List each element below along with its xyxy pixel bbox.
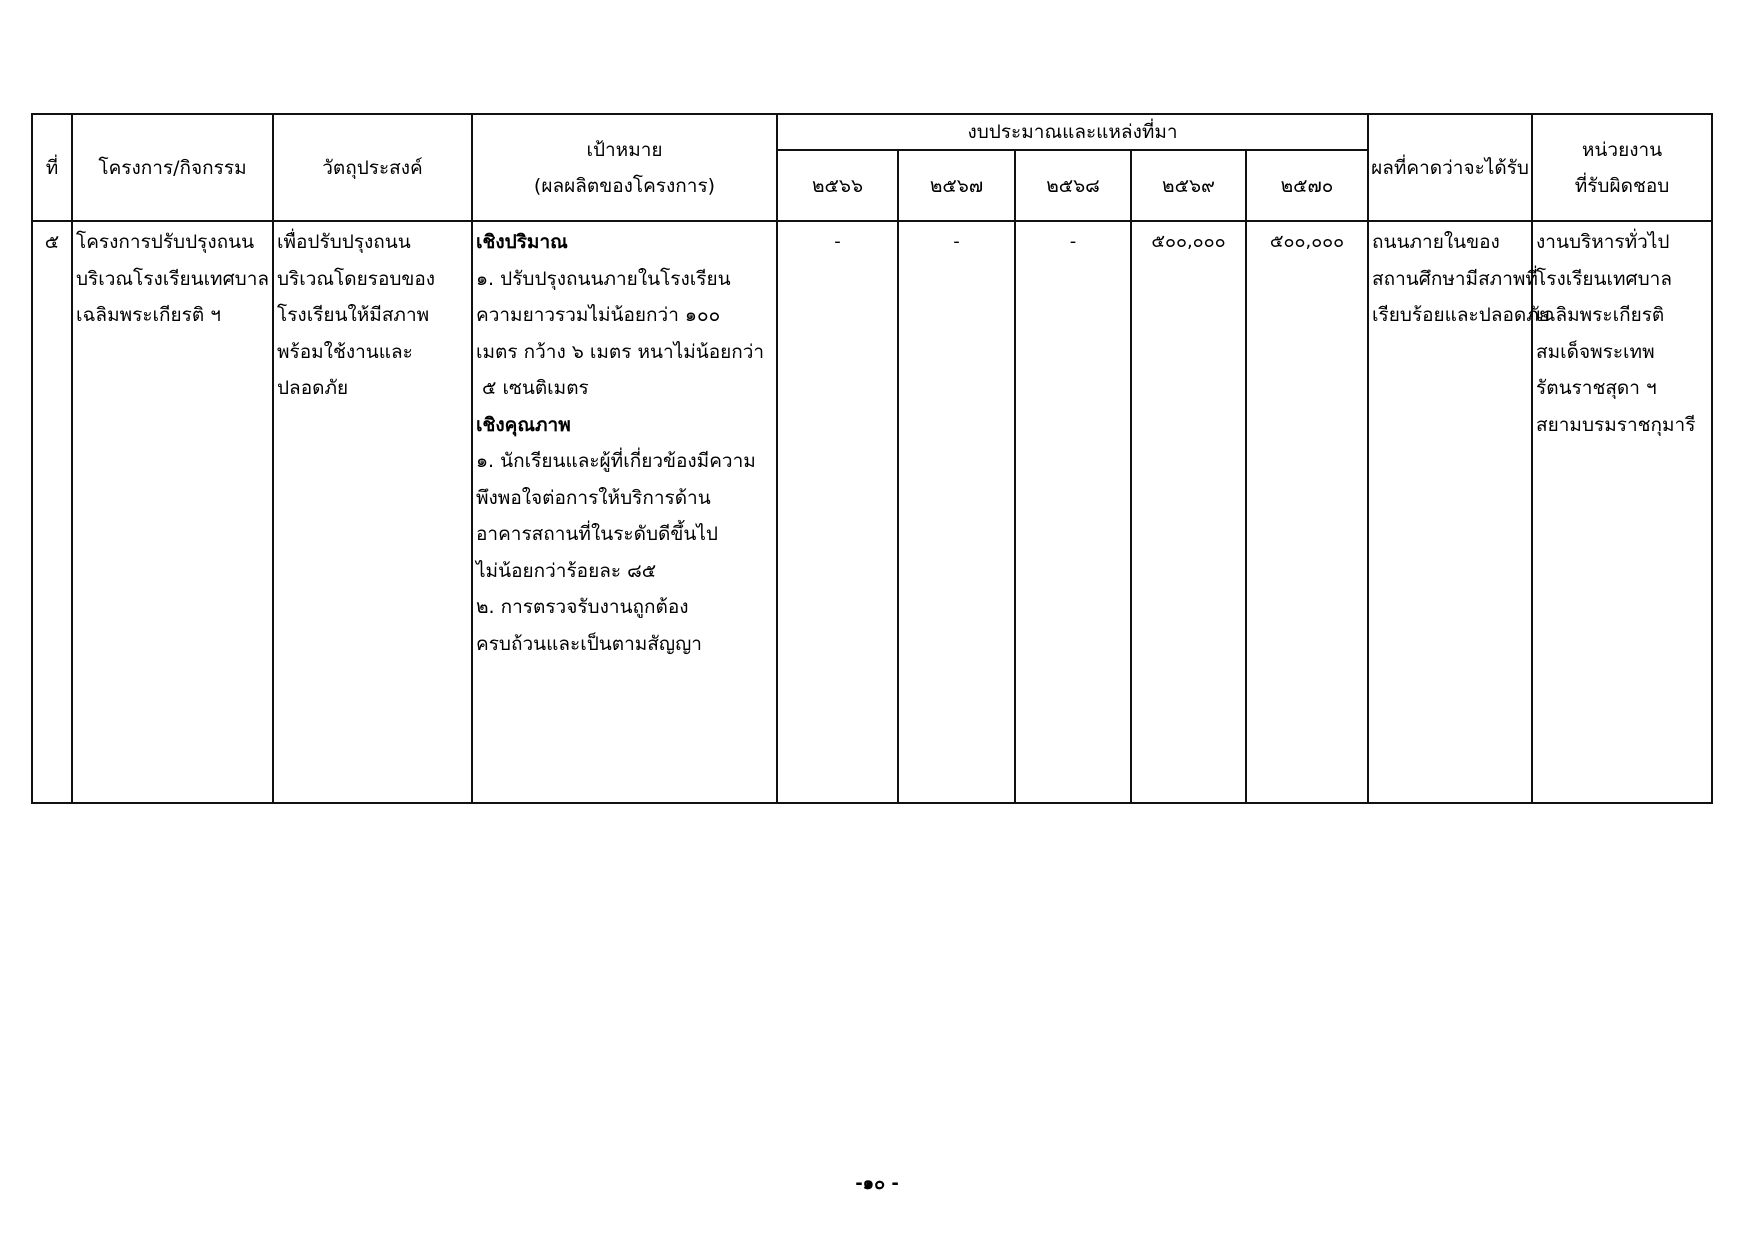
header-year-2570: ๒๕๗๐ — [1246, 150, 1368, 221]
responsible-line: งานบริหารทั่วไป — [1536, 224, 1708, 261]
header-year-2568: ๒๕๖๘ — [1015, 150, 1131, 221]
budget-2568: - — [1016, 222, 1130, 263]
budget-2568-cell: - — [1015, 221, 1131, 803]
responsible-line: สมเด็จพระเทพ — [1536, 334, 1708, 371]
header-year-2567: ๒๕๖๗ — [898, 150, 1015, 221]
budget-2569: ๕๐๐,๐๐๐ — [1132, 222, 1245, 263]
target-line: อาคารสถานที่ในระดับดีขึ้นไป — [476, 516, 773, 553]
project-line: เฉลิมพระเกียรติ ฯ — [76, 297, 269, 334]
row-no-cell: ๕ — [32, 221, 72, 803]
expected-line: ถนนภายในของ — [1372, 224, 1528, 261]
budget-2569-cell: ๕๐๐,๐๐๐ — [1131, 221, 1246, 803]
header-expected: ผลที่คาดว่าจะได้รับ — [1368, 114, 1532, 221]
project-line: โครงการปรับปรุงถนน — [76, 224, 269, 261]
objective-line: เพื่อปรับปรุงถนน — [277, 224, 468, 261]
header-responsible-line1: หน่วยงาน — [1533, 132, 1711, 168]
target-line: ๒. การตรวจรับงานถูกต้อง — [476, 589, 773, 626]
header-target-line1: เป้าหมาย — [473, 132, 776, 168]
header-year-2569: ๒๕๖๙ — [1131, 150, 1246, 221]
table-row: ๕ โครงการปรับปรุงถนน บริเวณโรงเรียนเทศบา… — [32, 221, 1712, 803]
target-line: พึงพอใจต่อการให้บริการด้าน — [476, 480, 773, 517]
target-cell: เชิงปริมาณ ๑. ปรับปรุงถนนภายในโรงเรียน ค… — [472, 221, 777, 803]
row-no: ๕ — [33, 222, 71, 263]
project-plan-table: ที่ โครงการ/กิจกรรม วัตถุประสงค์ เป้าหมา… — [31, 113, 1713, 804]
header-target-line2: (ผลผลิตของโครงการ) — [473, 168, 776, 204]
target-line: ไม่น้อยกว่าร้อยละ ๘๕ — [476, 553, 773, 590]
header-project: โครงการ/กิจกรรม — [72, 114, 273, 221]
expected-cell: ถนนภายในของ สถานศึกษามีสภาพที่ เรียบร้อย… — [1368, 221, 1532, 803]
budget-2566: - — [778, 222, 897, 263]
budget-2567: - — [899, 222, 1014, 263]
target-line: ครบถ้วนและเป็นตามสัญญา — [476, 626, 773, 663]
project-line: บริเวณโรงเรียนเทศบาล — [76, 261, 269, 298]
objective-line: บริเวณโดยรอบของ — [277, 261, 468, 298]
responsible-line: รัตนราชสุดา ฯ — [1536, 370, 1708, 407]
quality-heading: เชิงคุณภาพ — [476, 407, 773, 444]
objective-line: พร้อมใช้งานและ — [277, 334, 468, 371]
header-target: เป้าหมาย (ผลผลิตของโครงการ) — [472, 114, 777, 221]
header-responsible-line2: ที่รับผิดชอบ — [1533, 168, 1711, 204]
target-line: ๕ เซนติเมตร — [476, 370, 773, 407]
expected-line: เรียบร้อยและปลอดภัย — [1372, 297, 1528, 334]
page-number: -๑๐ - — [0, 1168, 1754, 1197]
responsible-line: สยามบรมราชกุมารี — [1536, 407, 1708, 444]
target-line: เมตร กว้าง ๖ เมตร หนาไม่น้อยกว่า — [476, 334, 773, 371]
objective-line: โรงเรียนให้มีสภาพ — [277, 297, 468, 334]
target-line: ๑. ปรับปรุงถนนภายในโรงเรียน — [476, 261, 773, 298]
objective-line: ปลอดภัย — [277, 370, 468, 407]
target-line: ๑. นักเรียนและผู้ที่เกี่ยวข้องมีความ — [476, 443, 773, 480]
expected-line: สถานศึกษามีสภาพที่ — [1372, 261, 1528, 298]
target-line: ความยาวรวมไม่น้อยกว่า ๑๐๐ — [476, 297, 773, 334]
header-year-2566: ๒๕๖๖ — [777, 150, 898, 221]
budget-2567-cell: - — [898, 221, 1015, 803]
header-budget: งบประมาณและแหล่งที่มา — [777, 114, 1368, 150]
header-objective: วัตถุประสงค์ — [273, 114, 472, 221]
header-responsible: หน่วยงาน ที่รับผิดชอบ — [1532, 114, 1712, 221]
project-cell: โครงการปรับปรุงถนน บริเวณโรงเรียนเทศบาล … — [72, 221, 273, 803]
budget-2566-cell: - — [777, 221, 898, 803]
quantity-heading: เชิงปริมาณ — [476, 224, 773, 261]
responsible-line: เฉลิมพระเกียรติ — [1536, 297, 1708, 334]
responsible-line: โรงเรียนเทศบาล — [1536, 261, 1708, 298]
header-row: ที่ โครงการ/กิจกรรม วัตถุประสงค์ เป้าหมา… — [32, 114, 1712, 150]
budget-2570: ๕๐๐,๐๐๐ — [1247, 222, 1367, 263]
budget-2570-cell: ๕๐๐,๐๐๐ — [1246, 221, 1368, 803]
header-no: ที่ — [32, 114, 72, 221]
responsible-cell: งานบริหารทั่วไป โรงเรียนเทศบาล เฉลิมพระเ… — [1532, 221, 1712, 803]
objective-cell: เพื่อปรับปรุงถนน บริเวณโดยรอบของ โรงเรีย… — [273, 221, 472, 803]
